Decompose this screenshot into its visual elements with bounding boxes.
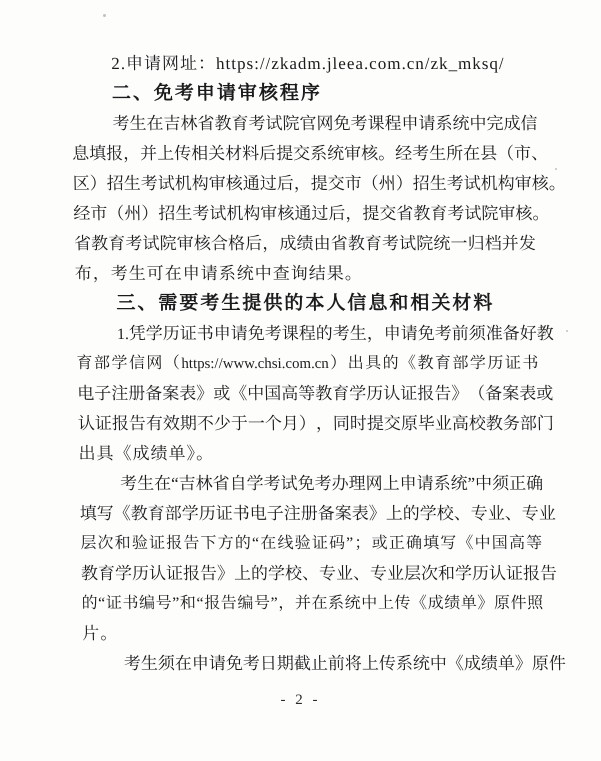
text-line: 经市（州）招生考试机构审核通过后，提交省教育考试院审核。 [73, 199, 536, 229]
text-line: 区）招生考试机构审核通过后，提交市（州）招生考试机构审核。 [73, 169, 536, 199]
section-heading-3: 三、需要考生提供的本人信息和相关材料 [75, 289, 538, 319]
section-heading-2: 二、免考申请审核程序 [71, 79, 534, 109]
text-line: 考生须在申请免考日期截止前将上传系统中《成绩单》原件 [83, 649, 546, 679]
text-line: 考生在“吉林省自学考试免考办理网上申请系统”中须正确 [79, 469, 542, 499]
text-line: 布，考生可在申请系统中查询结果。 [74, 259, 537, 289]
text-line: 出具《成绩单》。 [78, 439, 541, 469]
text-line: 片。 [82, 619, 545, 649]
text-line: 考生在吉林省教育考试院官网免考课程申请系统中完成信 [71, 109, 534, 139]
scanned-document-page: 2.申请网址：https://zkadm.jleea.com.cn/zk_mks… [0, 0, 601, 761]
scan-artifact [566, 330, 568, 332]
text-line: 层次和验证报告下方的“在线验证码”；或正确填写《中国高等 [80, 529, 543, 559]
text-line: 1.凭学历证书申请免考课程的考生，申请免考前须准备好教 [76, 319, 539, 349]
page-number: - 2 - [0, 692, 601, 709]
text-line: 认证报告有效期不少于一个月），同时提交原毕业高校教务部门 [78, 409, 541, 439]
application-url-line: 2.申请网址：https://zkadm.jleea.com.cn/zk_mks… [70, 49, 533, 79]
chsi-url-line: 育部学信网（https://www.chsi.com.cn）出具的《教育部学历证… [76, 349, 539, 379]
text-line: 填写《教育部学历证书电子注册备案表》上的学校、专业、专业 [79, 499, 542, 529]
scan-artifact [103, 14, 106, 17]
document-text-block: 2.申请网址：https://zkadm.jleea.com.cn/zk_mks… [70, 49, 545, 679]
text-line: 教育学历认证报告》上的学校、专业、专业层次和学历认证报告 [81, 559, 544, 589]
scan-artifact [555, 168, 557, 170]
text-line: 省教育考试院审核合格后，成绩由省教育考试院统一归档并发 [74, 229, 537, 259]
text-line: 息填报，并上传相关材料后提交系统审核。经考生所在县（市、 [72, 139, 535, 169]
text-line: 电子注册备案表》或《中国高等教育学历认证报告》（备案表或 [77, 379, 540, 409]
text-line: 的“证书编号”和“报告编号”，并在系统中上传《成绩单》原件照 [81, 589, 544, 619]
